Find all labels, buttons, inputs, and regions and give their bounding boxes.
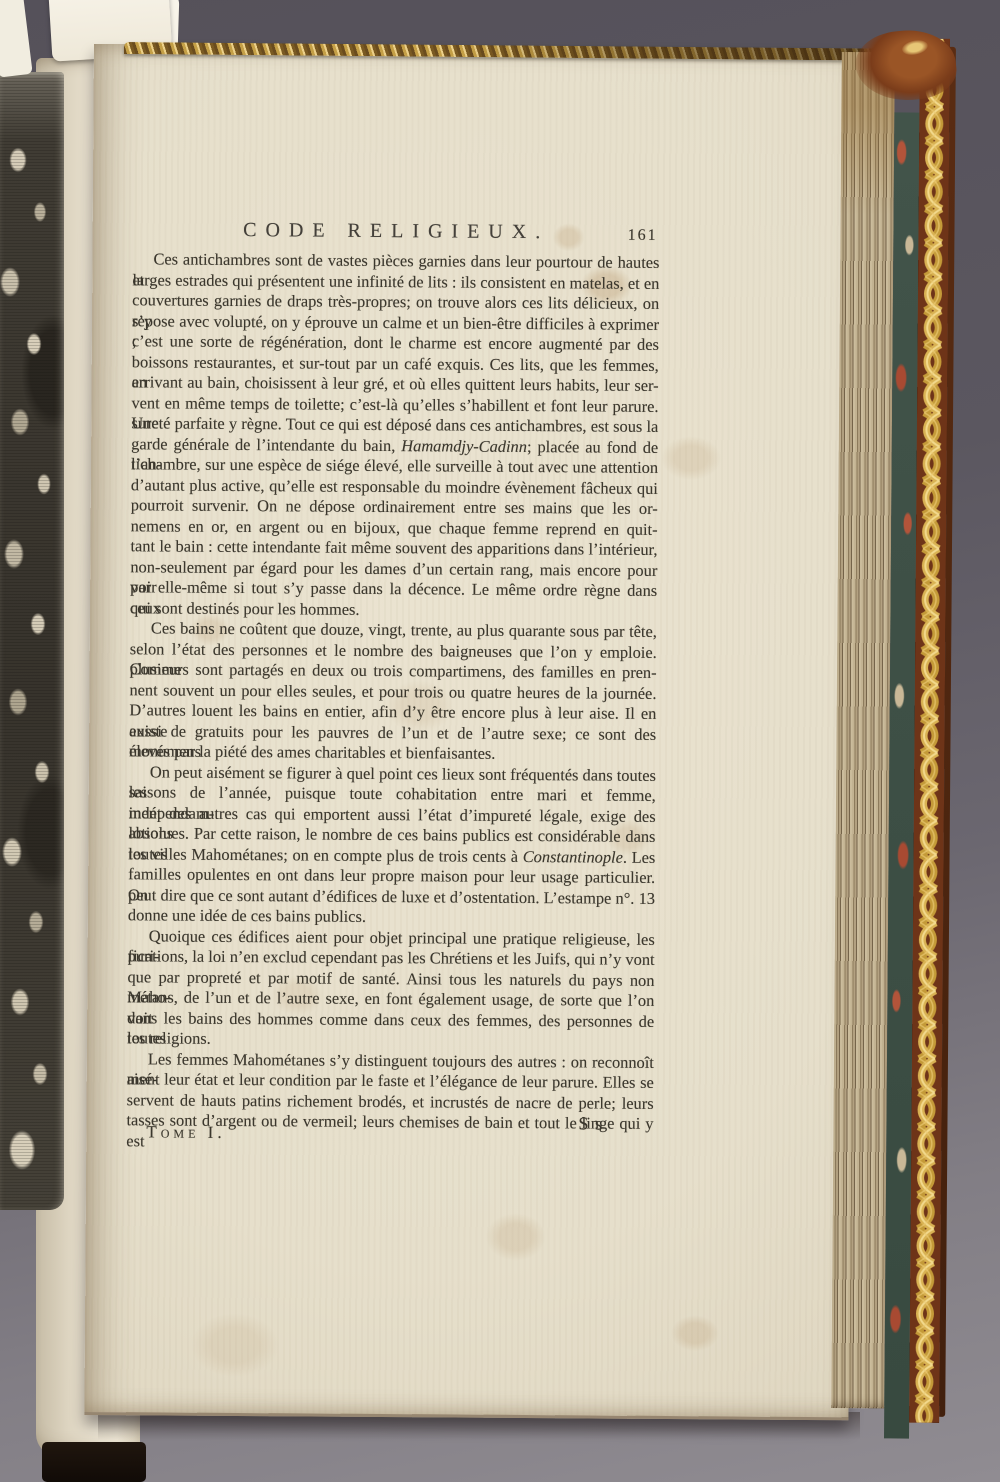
body-text: Ces antichambres sont de vastes pièces g… bbox=[126, 249, 659, 1134]
paragraph: Les femmes Mahométanes s’y distinguent t… bbox=[126, 1049, 654, 1135]
book-photograph: CODE RELIGIEUX. 161 Ces antichambres son… bbox=[0, 0, 1000, 1482]
paragraph: Ces bains ne coûtent que douze, vingt, t… bbox=[129, 618, 657, 765]
page-text: CODE RELIGIEUX. 161 Ces antichambres son… bbox=[126, 218, 659, 1134]
page-corner-left bbox=[0, 0, 33, 78]
engraving-plate bbox=[0, 72, 64, 1210]
book-bottom-shadow bbox=[42, 1442, 146, 1482]
page-title: CODE RELIGIEUX. bbox=[243, 219, 549, 243]
paragraph: Ces antichambres sont de vastes pièces g… bbox=[130, 249, 660, 622]
paragraph: On peut aisément se figurer à quel point… bbox=[128, 762, 656, 930]
book-page: CODE RELIGIEUX. 161 Ces antichambres son… bbox=[84, 44, 858, 1420]
signature-mark: S s bbox=[578, 1113, 603, 1134]
book-right-edge bbox=[831, 38, 958, 1423]
volume-label: Tome I. bbox=[146, 1122, 225, 1143]
paragraph: Quoique ces édifices aient pour objet pr… bbox=[127, 926, 655, 1053]
running-header: CODE RELIGIEUX. 161 bbox=[133, 218, 660, 252]
page-number: 161 bbox=[628, 227, 658, 245]
